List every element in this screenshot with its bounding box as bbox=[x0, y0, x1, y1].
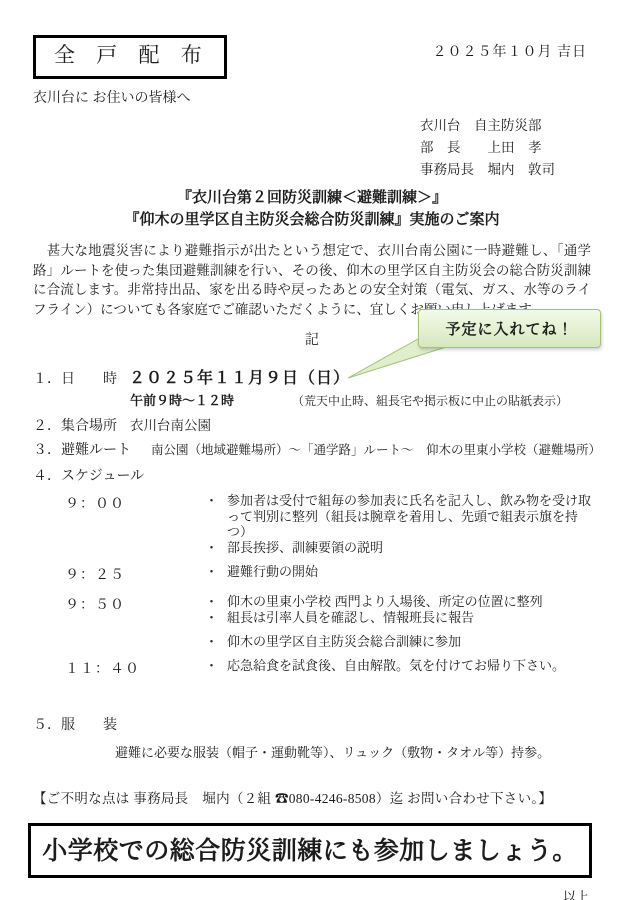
section-meeting-place: ２．集合場所 衣川台南公園 bbox=[33, 414, 591, 435]
section-clothing: ５．服 装 bbox=[33, 714, 591, 734]
schedule-entry: ・ 応急給食を試食後、自由解散。気を付けてお帰り下さい。 bbox=[205, 658, 591, 674]
intro-paragraph: 甚大な地震災害により避難指示が出たという想定で、衣川台南公園に一時避難し、「通学… bbox=[33, 241, 591, 319]
bullet-dot-icon: ・ bbox=[205, 564, 227, 580]
flyer-page: 全 戸 配 布 ２０２５年１０月 吉日 衣川台に お住いの皆様へ 衣川台 自主防… bbox=[0, 0, 619, 900]
issue-date: ２０２５年１０月 吉日 bbox=[433, 41, 588, 61]
header-row: 全 戸 配 布 ２０２５年１０月 吉日 bbox=[33, 35, 591, 79]
schedule-row: ９：５０ ・ 仰木の里東小学校 西門より入場後、所定の位置に整列 ・ 組長は引率… bbox=[33, 594, 591, 625]
schedule-entry-text: 組長は引率人員を確認し、情報班長に報告 bbox=[227, 610, 591, 626]
schedule-entry: ・ 参加者は受付で組毎の参加表に氏名を記入し、飲み物を受け取って判別に整列（組長… bbox=[205, 493, 591, 540]
schedule-entry-text: 避難行動の開始 bbox=[227, 564, 591, 580]
callout-bubble: 予定に入れてね！ bbox=[418, 309, 601, 348]
schedule-row: ９：２５ ・ 避難行動の開始 bbox=[33, 564, 591, 584]
bullet-dot-icon: ・ bbox=[205, 493, 227, 540]
bottom-banner: 小学校での総合防災訓練にも参加しましょう。 bbox=[28, 823, 592, 878]
sender-block: 衣川台 自主防災部 部 長 上田 孝 事務局長 堀内 敦司 bbox=[420, 115, 591, 181]
closing-mark: 以上 bbox=[33, 886, 589, 900]
schedule-entry: ・ 部長挨拶、訓練要領の説明 bbox=[205, 540, 591, 556]
schedule-entry-text: 仰木の里東小学校 西門より入場後、所定の位置に整列 bbox=[227, 594, 591, 610]
sender-chief: 部 長 上田 孝 bbox=[420, 137, 591, 159]
schedule-entry: ・ 避難行動の開始 bbox=[205, 564, 591, 580]
schedule-entry-text: 部長挨拶、訓練要領の説明 bbox=[227, 540, 591, 556]
bullet-dot-icon: ・ bbox=[205, 594, 227, 610]
section-schedule-label: ４．スケジュール bbox=[33, 465, 144, 485]
document-title: 『衣川台第２回防災訓練＜避難訓練＞』 『仰木の里学区自主防災会総合防災訓練』実施… bbox=[33, 187, 591, 231]
schedule-entry: ・ 組長は引率人員を確認し、情報班長に報告 bbox=[205, 610, 591, 626]
schedule-entry: ・ 仰木の里学区自主防災会総合訓練に参加 bbox=[205, 634, 591, 650]
schedule-entry-text: 参加者は受付で組毎の参加表に氏名を記入し、飲み物を受け取って判別に整列（組長は腕… bbox=[227, 493, 591, 540]
schedule-table: ９：００ ・ 参加者は受付で組毎の参加表に氏名を記入し、飲み物を受け取って判別に… bbox=[33, 493, 591, 678]
title-line-1: 『衣川台第２回防災訓練＜避難訓練＞』 bbox=[33, 187, 591, 209]
bullet-dot-icon: ・ bbox=[205, 610, 227, 626]
section-route-label: ３．避難ルート bbox=[33, 439, 131, 459]
section-route: ３．避難ルート 南公園（地域避難場所）～「通学路」ルート～ 仰木の里東小学校（避… bbox=[33, 439, 591, 459]
sender-org: 衣川台 自主防災部 bbox=[420, 115, 591, 137]
section-clothing-label: ５．服 装 bbox=[33, 714, 117, 734]
schedule-time: １１：４０ bbox=[65, 658, 205, 678]
clothing-note: 避難に必要な服装（帽子・運動靴等）、リュック（敷物・タオル等）持参。 bbox=[115, 742, 591, 761]
bullet-dot-icon: ・ bbox=[205, 658, 227, 674]
schedule-row: ・ 仰木の里学区自主防災会総合訓練に参加 bbox=[33, 634, 591, 650]
event-date: ２０２５年１１月９日（日） bbox=[129, 365, 350, 388]
schedule-entry-text: 仰木の里学区自主防災会総合訓練に参加 bbox=[227, 634, 591, 650]
title-line-2: 『仰木の里学区自主防災会総合防災訓練』実施のご案内 bbox=[33, 209, 591, 231]
schedule-time: ９：２５ bbox=[65, 564, 205, 584]
sender-secretary: 事務局長 堀内 敦司 bbox=[420, 159, 591, 181]
bullet-dot-icon: ・ bbox=[205, 540, 227, 556]
schedule-time: ９：００ bbox=[65, 493, 205, 513]
route-value: 南公園（地域避難場所）～「通学路」ルート～ 仰木の里東小学校（避難場所） bbox=[151, 440, 601, 458]
section-datetime-label: １．日 時 bbox=[33, 368, 117, 388]
section-datetime: １．日 時 ２０２５年１１月９日（日） bbox=[33, 365, 591, 388]
contact-line: 【ご不明な点は 事務局長 堀内（２組 ☎080-4246-8508）迄 お問い合… bbox=[33, 787, 591, 807]
addressee-line: 衣川台に お住いの皆様へ bbox=[33, 87, 591, 107]
bullet-dot-icon: ・ bbox=[205, 634, 227, 650]
cancellation-note: （荒天中止時、組長宅や掲示板に中止の貼紙表示） bbox=[292, 394, 568, 408]
event-time: 午前９時～１２時 bbox=[130, 393, 234, 408]
distribution-stamp: 全 戸 配 布 bbox=[33, 35, 227, 79]
schedule-entry-text: 応急給食を試食後、自由解散。気を付けてお帰り下さい。 bbox=[227, 658, 591, 674]
schedule-row: ９：００ ・ 参加者は受付で組毎の参加表に氏名を記入し、飲み物を受け取って判別に… bbox=[33, 493, 591, 555]
schedule-row: １１：４０ ・ 応急給食を試食後、自由解散。気を付けてお帰り下さい。 bbox=[33, 658, 591, 678]
schedule-entry: ・ 仰木の里東小学校 西門より入場後、所定の位置に整列 bbox=[205, 594, 591, 610]
section-schedule: ４．スケジュール bbox=[33, 465, 591, 485]
meeting-place-value: 衣川台南公園 bbox=[130, 414, 211, 434]
section-meeting-place-label: ２．集合場所 bbox=[33, 415, 117, 435]
section-datetime-subline: 午前９時～１２時（荒天中止時、組長宅や掲示板に中止の貼紙表示） bbox=[130, 390, 591, 409]
schedule-time: ９：５０ bbox=[65, 594, 205, 614]
